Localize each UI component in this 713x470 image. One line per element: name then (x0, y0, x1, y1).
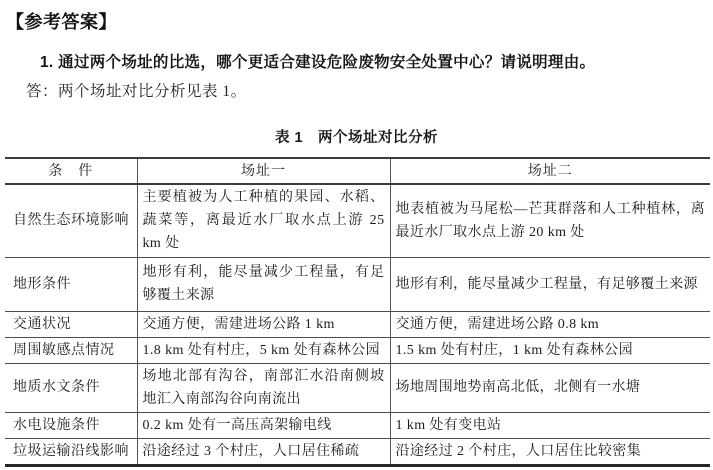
site2-cell: 交通方便，需建进场公路 0.8 km (390, 311, 710, 337)
answer-intro-text: 答：两个场址对比分析见表 1。 (26, 79, 686, 101)
condition-cell: 地形条件 (5, 257, 137, 311)
site1-cell: 0.2 km 处有一高压高架输电线 (137, 412, 390, 438)
site1-cell: 主要植被为人工种植的果园、水稻、蔬菜等，离最近水厂取水点上游 25 km 处 (137, 184, 390, 257)
site2-cell: 1 km 处有变电站 (390, 412, 710, 438)
site1-cell: 场地北部有沟谷，南部汇水沿南侧坡地汇入南部沟谷向南流出 (137, 363, 390, 412)
site1-cell: 交通方便，需建进场公路 1 km (137, 311, 390, 337)
site-comparison-table: 条 件 场址一 场址二 自然生态环境影响 主要植被为人工种植的果园、水稻、蔬菜等… (5, 157, 710, 467)
question-text: 1. 通过两个场址的比选，哪个更适合建设危险废物安全处置中心？请说明理由。 (40, 50, 705, 72)
column-header-site2: 场址二 (390, 158, 710, 184)
site1-cell: 1.8 km 处有村庄，5 km 处有森林公园 (137, 337, 390, 363)
site2-cell: 沿途经过 2 个村庄，人口居住比较密集 (390, 438, 710, 465)
table-row: 垃圾运输沿线影响 沿途经过 3 个村庄，人口居住稀疏 沿途经过 2 个村庄，人口… (5, 438, 710, 465)
table-row: 周围敏感点情况 1.8 km 处有村庄，5 km 处有森林公园 1.5 km 处… (5, 337, 710, 363)
site1-cell: 沿途经过 3 个村庄，人口居住稀疏 (137, 438, 390, 465)
site2-cell: 地表植被为马尾松—芒萁群落和人工种植林，离最近水厂取水点上游 20 km 处 (390, 184, 710, 257)
table-row: 地质水文条件 场地北部有沟谷，南部汇水沿南侧坡地汇入南部沟谷向南流出 场地周围地… (5, 363, 710, 412)
table-row: 自然生态环境影响 主要植被为人工种植的果园、水稻、蔬菜等，离最近水厂取水点上游 … (5, 184, 710, 257)
site2-cell: 场地周围地势南高北低，北侧有一水塘 (390, 363, 710, 412)
table-row: 交通状况 交通方便，需建进场公路 1 km 交通方便，需建进场公路 0.8 km (5, 311, 710, 337)
table-row: 水电设施条件 0.2 km 处有一高压高架输电线 1 km 处有变电站 (5, 412, 710, 438)
site2-cell: 地形有利，能尽量减少工程量，有足够覆土来源 (390, 257, 710, 311)
section-header: 【参考答案】 (6, 8, 117, 34)
condition-cell: 地质水文条件 (5, 363, 137, 412)
condition-cell: 交通状况 (5, 311, 137, 337)
table-header-row: 条 件 场址一 场址二 (5, 158, 710, 184)
condition-cell: 水电设施条件 (5, 412, 137, 438)
condition-cell: 垃圾运输沿线影响 (5, 438, 137, 465)
table-caption: 表 1 两个场址对比分析 (0, 126, 713, 147)
condition-cell: 周围敏感点情况 (5, 337, 137, 363)
site1-cell: 地形有利，能尽量减少工程量，有足够覆土来源 (137, 257, 390, 311)
site2-cell: 1.5 km 处有村庄，1 km 处有森林公园 (390, 337, 710, 363)
condition-cell: 自然生态环境影响 (5, 184, 137, 257)
document-page: 【参考答案】 1. 通过两个场址的比选，哪个更适合建设危险废物安全处置中心？请说… (0, 0, 713, 470)
column-header-site1: 场址一 (137, 158, 390, 184)
table-row: 地形条件 地形有利，能尽量减少工程量，有足够覆土来源 地形有利，能尽量减少工程量… (5, 257, 710, 311)
column-header-condition: 条 件 (5, 158, 137, 184)
